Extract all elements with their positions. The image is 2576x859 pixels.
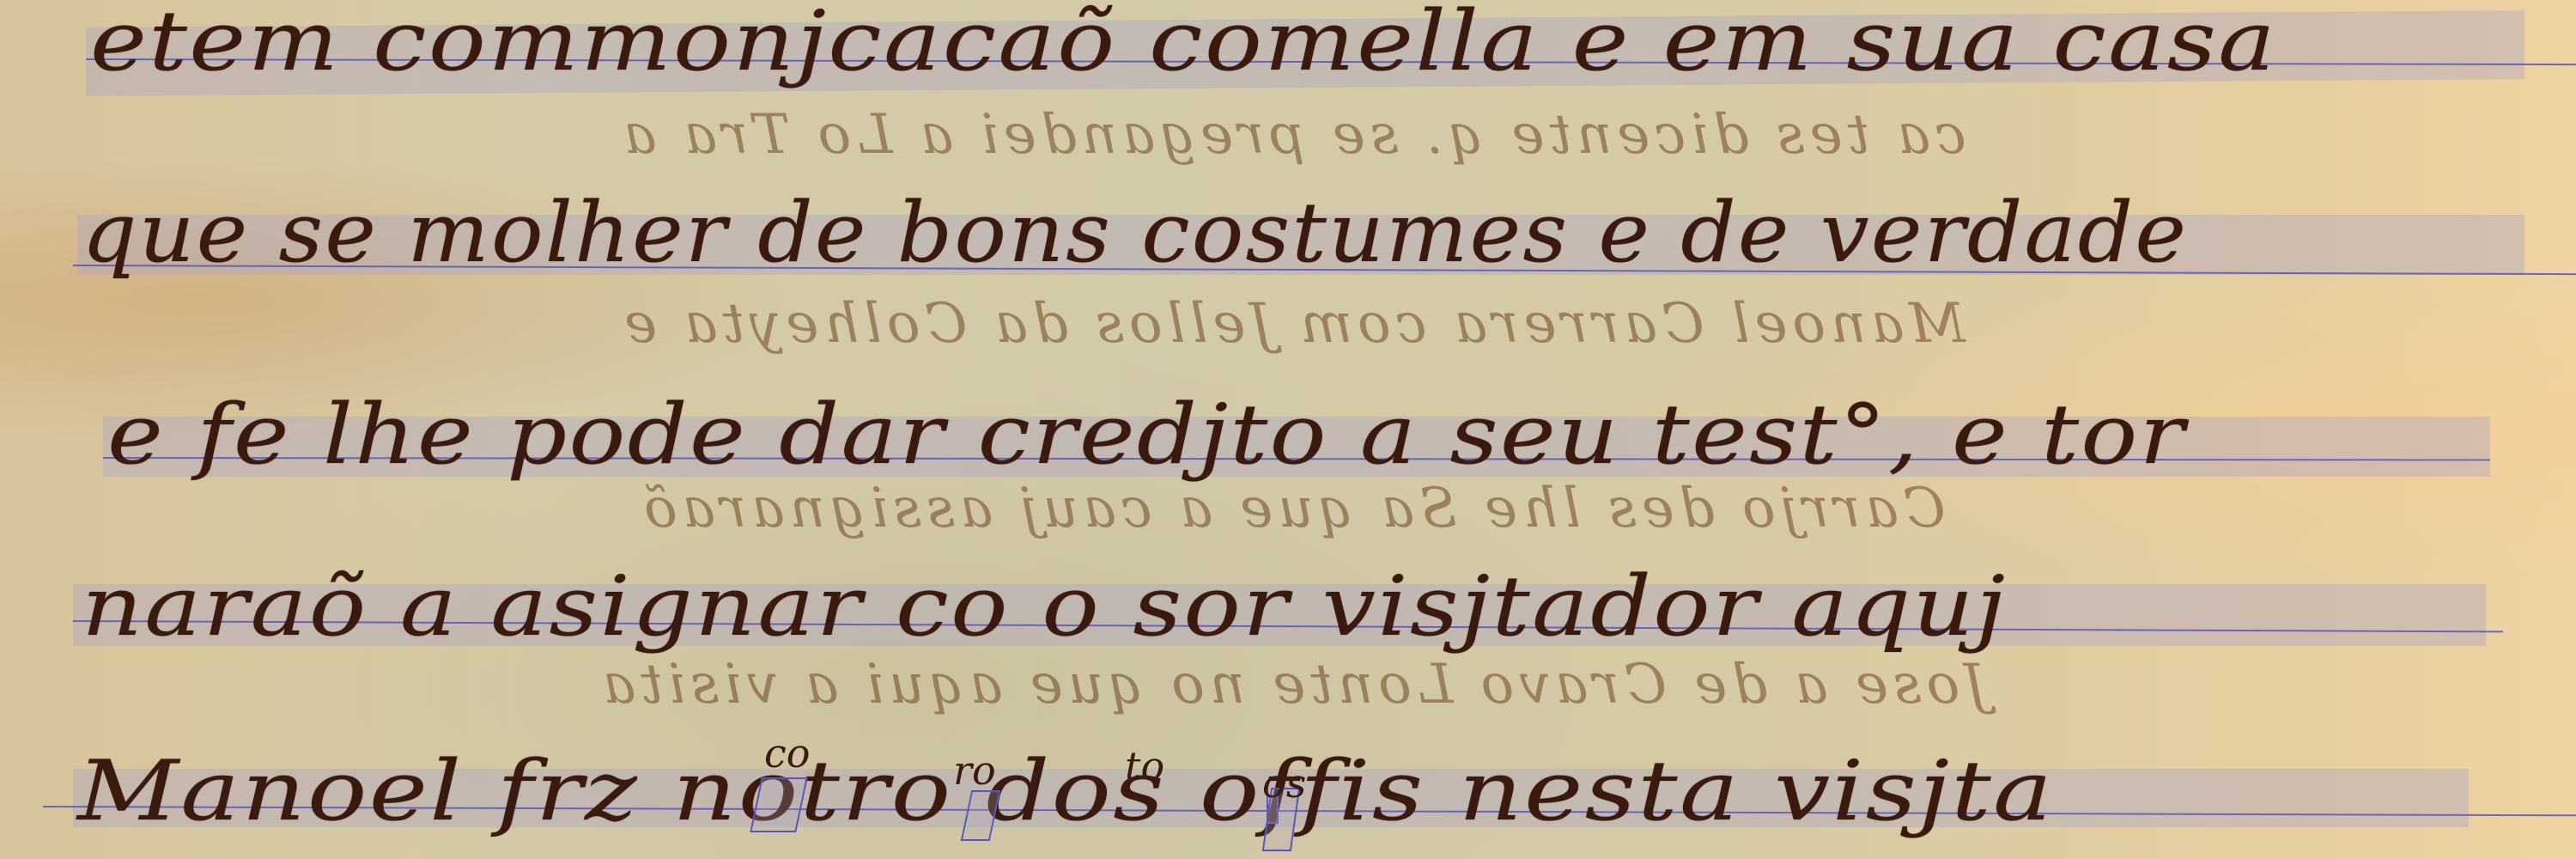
line-text-1: etem commonjcacaõ comella e em sua casa bbox=[90, 0, 2277, 89]
superscript-co: co bbox=[764, 730, 810, 777]
bleed-through-line-4: Jose a de Cravo Lonte no que aqui a visi… bbox=[69, 653, 2516, 716]
superscript-os: os bbox=[1262, 760, 1306, 807]
line-text-5: Manoel frz notro dos offis nesta visjta bbox=[77, 743, 2054, 839]
superscript-to: to bbox=[1125, 743, 1164, 789]
manuscript-page: ca tes dicente q. se pregandei a Lo Tra … bbox=[0, 0, 2576, 859]
bleed-through-line-1: ca tes dicente q. se pregandei a Lo Tra … bbox=[69, 103, 2516, 167]
superscript-ro: ro bbox=[953, 747, 996, 794]
bleed-through-line-3: Carrjo des lhe Sa que a cauj assignaraõ bbox=[69, 477, 2516, 540]
bleed-through-line-2: Manoel Carrera com Jellos da Colheyta e bbox=[69, 292, 2516, 356]
line-text-3: e fe lhe pode dar credjto a seu test°, e… bbox=[107, 387, 2186, 483]
line-text-4: naraõ a asignar co o sor visjtador aquj bbox=[82, 558, 2007, 655]
line-text-2: que se molher de bons costumes e de verd… bbox=[82, 185, 2188, 281]
